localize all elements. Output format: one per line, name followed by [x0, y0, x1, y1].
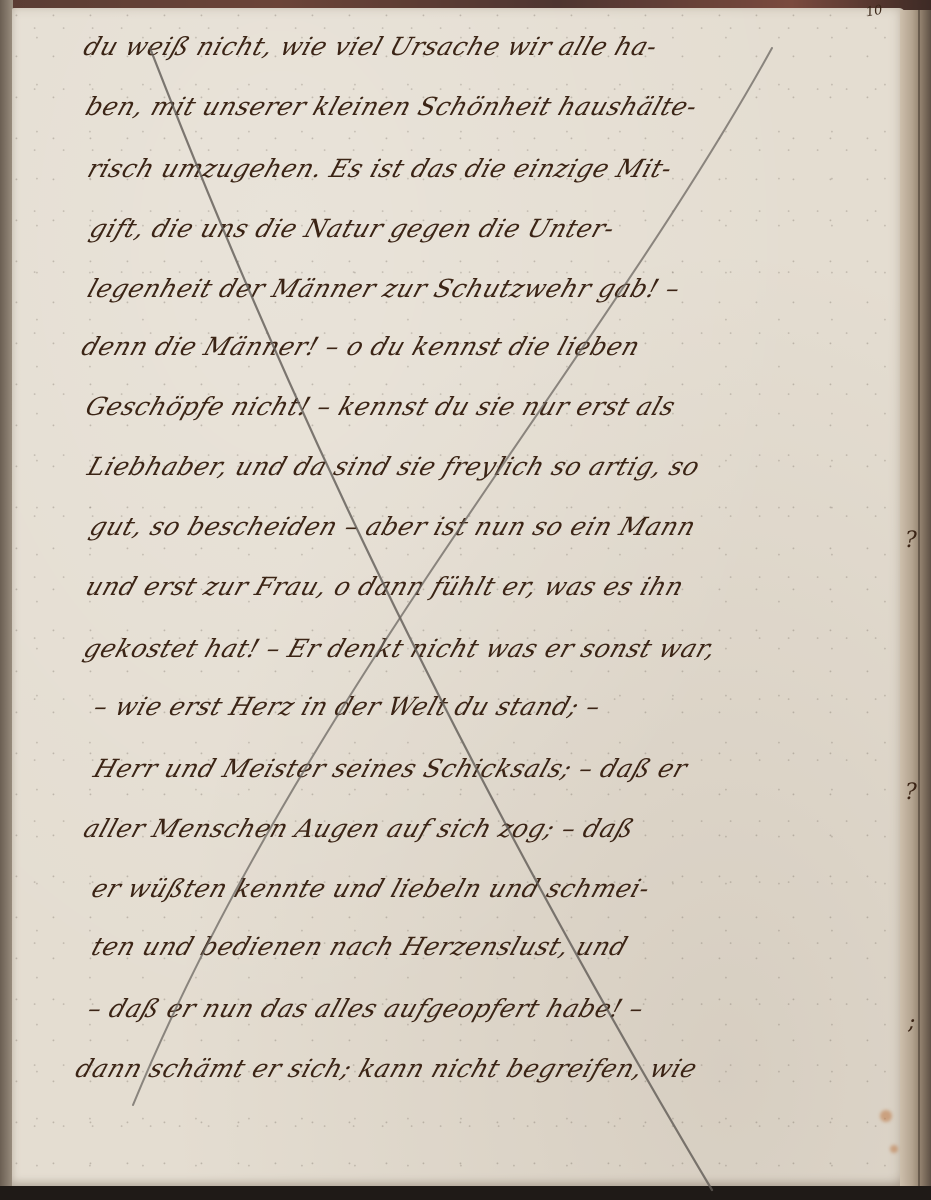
handwritten-line: legenheit der Männer zur Schutzwehr gab!… — [84, 274, 684, 303]
handwritten-line: dann schämt er sich; kann nicht begreife… — [72, 1054, 701, 1083]
handwritten-line: Liebhaber, und da sind sie freylich so a… — [84, 452, 704, 481]
handwritten-line: du weiß nicht, wie viel Ursache wir alle… — [80, 32, 661, 61]
handwritten-line: und erst zur Frau, o dann fühlt er, was … — [82, 572, 688, 601]
handwritten-line: er wüßten kennte und liebeln und schmei- — [88, 874, 654, 903]
handwritten-line: risch umzugehen. Es ist das die einzige … — [84, 154, 676, 183]
handwritten-line: Herr und Meister seines Schicksals; – da… — [90, 754, 691, 783]
handwritten-line: Geschöpfe nicht! – kennst du sie nur ers… — [82, 392, 679, 421]
margin-mark: ; — [908, 1010, 915, 1035]
manuscript-text: du weiß nicht, wie viel Ursache wir alle… — [0, 0, 931, 1200]
margin-mark: ? — [905, 780, 917, 805]
handwritten-line: gift, die uns die Natur gegen die Unter- — [86, 214, 619, 243]
margin-mark: ? — [905, 528, 917, 553]
handwritten-line: gekostet hat! – Er denkt nicht was er so… — [80, 634, 720, 663]
handwritten-line: ben, mit unserer kleinen Schönheit haush… — [82, 92, 701, 121]
handwritten-line: – daß er nun das alles aufgeopfert habe!… — [84, 994, 648, 1023]
handwritten-line: gut, so bescheiden – aber ist nun so ein… — [86, 512, 700, 541]
handwritten-line: – wie erst Herz in der Welt du stand; – — [90, 692, 605, 721]
handwritten-line: denn die Männer! – o du kennst die liebe… — [78, 332, 644, 361]
handwritten-line: aller Menschen Augen auf sich zog; – daß — [80, 814, 638, 843]
handwritten-line: ten und bedienen nach Herzenslust, und — [88, 932, 632, 961]
